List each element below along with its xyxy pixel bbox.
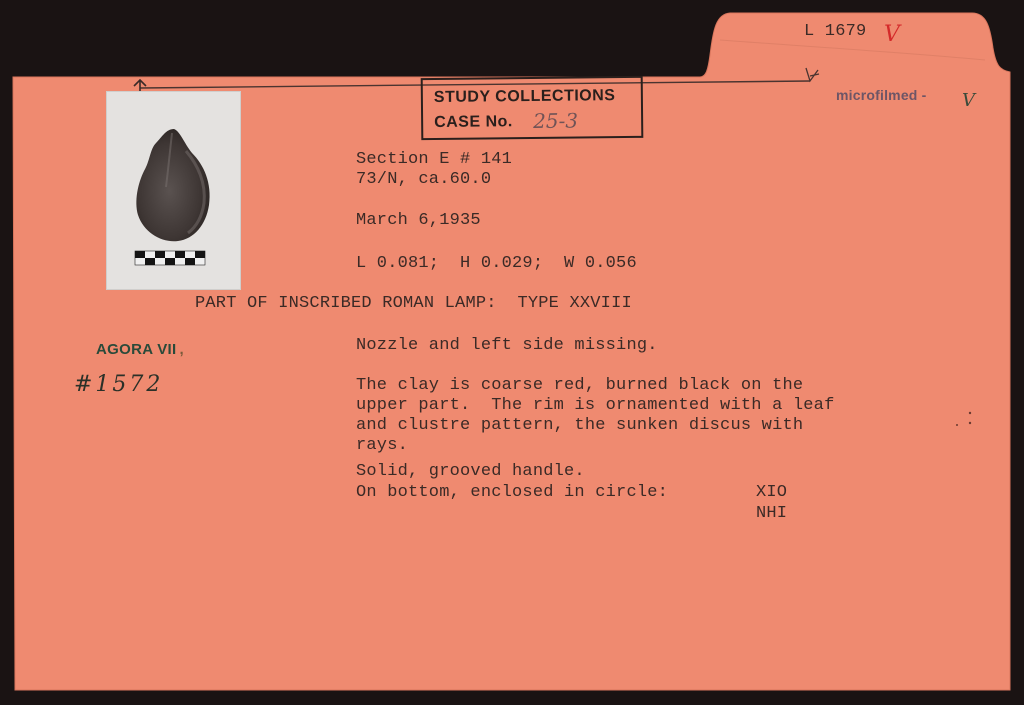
description-line: rays.: [356, 436, 408, 456]
scale-bar-icon: [135, 251, 205, 265]
condition-note: Nozzle and left side missing.: [356, 336, 658, 356]
stamp-line-2: CASE No.: [434, 113, 513, 132]
publication-number-handwritten: #1572: [74, 372, 163, 397]
red-check-mark: V: [884, 22, 900, 47]
lamp-fragment-image: [106, 91, 241, 290]
catalog-card-scan: L 1679 V microfilmed - V STUDY COLLECTIO…: [0, 0, 1024, 705]
section-number: Section E # 141: [356, 150, 512, 170]
dimensions: L 0.081; H 0.029; W 0.056: [356, 254, 637, 274]
case-number-handwritten: 25-3: [533, 109, 578, 133]
handle-note: Solid, grooved handle.: [356, 462, 585, 482]
description-line: upper part. The rim is ornamented with a…: [356, 396, 834, 416]
inscription-line-1: XIO: [756, 483, 787, 503]
artifact-photograph: [106, 91, 241, 290]
green-check-mark: V: [962, 90, 975, 111]
agora-volume-stamp: AGORA VII,: [96, 341, 184, 358]
object-title: PART OF INSCRIBED ROMAN LAMP: TYPE XXVII…: [195, 294, 632, 314]
inscription-line-2: NHI: [756, 504, 787, 524]
inscription-label: On bottom, enclosed in circle:: [356, 483, 668, 503]
stamp-line-1: STUDY COLLECTIONS: [434, 87, 616, 107]
catalog-number: L 1679: [804, 22, 866, 42]
microfilmed-stamp: microfilmed -: [836, 87, 927, 103]
description-line: and clustre pattern, the sunken discus w…: [356, 416, 803, 436]
study-collections-stamp: STUDY COLLECTIONS CASE No. 25-3: [421, 76, 644, 140]
excavation-date: March 6,1935: [356, 211, 481, 231]
description-line: The clay is coarse red, burned black on …: [356, 376, 803, 396]
find-location: 73/N, ca.60.0: [356, 170, 491, 190]
agora-comma: ,: [179, 341, 183, 358]
agora-volume-label: AGORA VII: [96, 341, 176, 358]
